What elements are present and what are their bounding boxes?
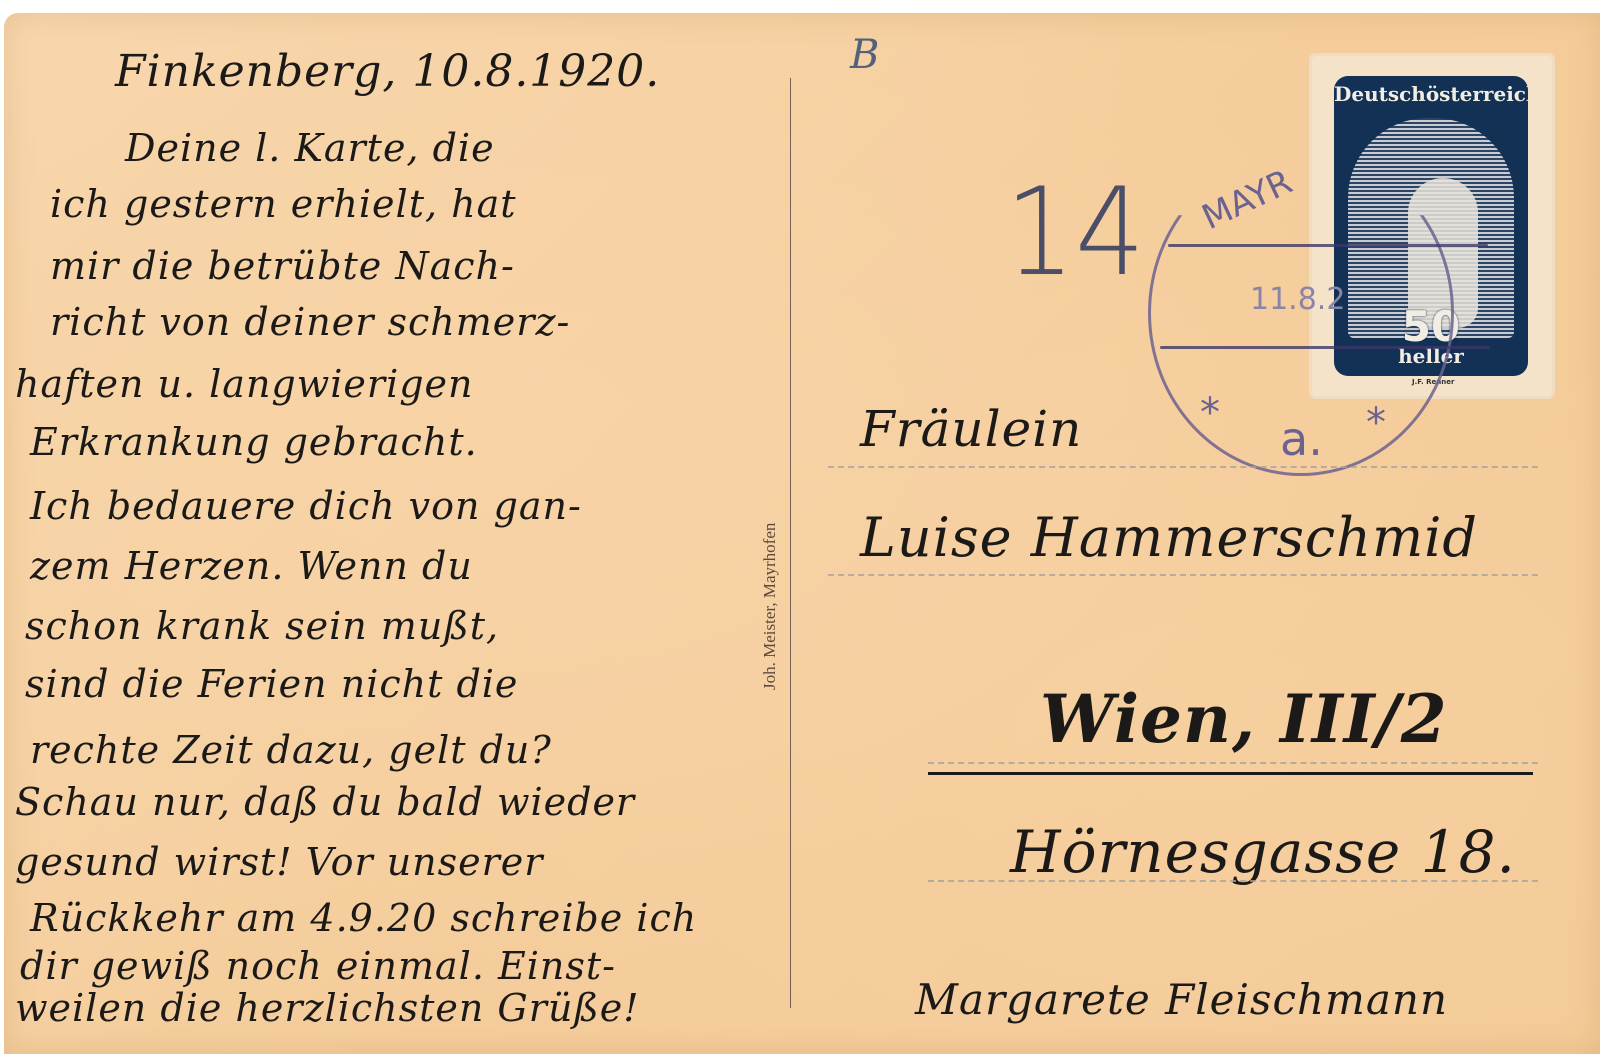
message-line: schon krank sein mußt,	[25, 604, 499, 648]
card-divider	[790, 78, 791, 1008]
address-line-1	[828, 466, 1538, 468]
address-line-3	[928, 762, 1538, 764]
message-line: sind die Ferien nicht die	[25, 662, 518, 706]
place-date: Finkenberg, 10.8.1920.	[115, 46, 660, 97]
postmark-date: 11.8.2	[1250, 282, 1345, 317]
postmark-bar-bottom	[1160, 346, 1490, 349]
signature: Margarete Fleischmann	[915, 975, 1448, 1024]
message-line: rechte Zeit dazu, gelt du?	[30, 728, 552, 772]
message-line: ich gestern erhielt, hat	[50, 182, 517, 226]
message-line: richt von deiner schmerz-	[50, 300, 570, 344]
pencil-initial: B	[850, 32, 879, 78]
address-line-4	[928, 880, 1538, 882]
stamp-country: Deutschösterreich	[1334, 82, 1528, 106]
pencil-number: 14	[1005, 162, 1145, 303]
message-line: haften u. langwierigen	[15, 362, 474, 406]
message-line: weilen die herzlichsten Grüße!	[15, 986, 640, 1030]
message-line: dir gewiß noch einmal. Einst-	[20, 944, 616, 988]
publisher-imprint: Joh. Meister, Mayrhofen	[760, 523, 780, 690]
message-line: Erkrankung gebracht.	[30, 420, 478, 464]
address-city: Wien, III/2	[1040, 680, 1448, 758]
message-line: zem Herzen. Wenn du	[30, 544, 473, 588]
message-line: Ich bedauere dich von gan-	[30, 484, 582, 528]
message-line: Rückkehr am 4.9.20 schreibe ich	[30, 896, 697, 940]
postmark-star-right: *	[1366, 400, 1386, 446]
message-line: Deine l. Karte, die	[125, 126, 495, 170]
postmark-bar-top	[1168, 244, 1488, 247]
address-street: Hörnesgasse 18.	[1010, 818, 1516, 886]
address-name: Luise Hammerschmid	[860, 506, 1478, 569]
message-line: mir die betrübte Nach-	[50, 244, 515, 288]
message-line: Schau nur, daß du bald wieder	[15, 780, 635, 824]
postmark-letter: a.	[1280, 412, 1323, 466]
address-salutation: Fräulein	[860, 400, 1082, 458]
postmark-star-left: *	[1200, 390, 1220, 436]
message-line: gesund wirst! Vor unserer	[15, 840, 543, 884]
address-line-2	[828, 574, 1538, 576]
address-underline	[928, 772, 1533, 775]
